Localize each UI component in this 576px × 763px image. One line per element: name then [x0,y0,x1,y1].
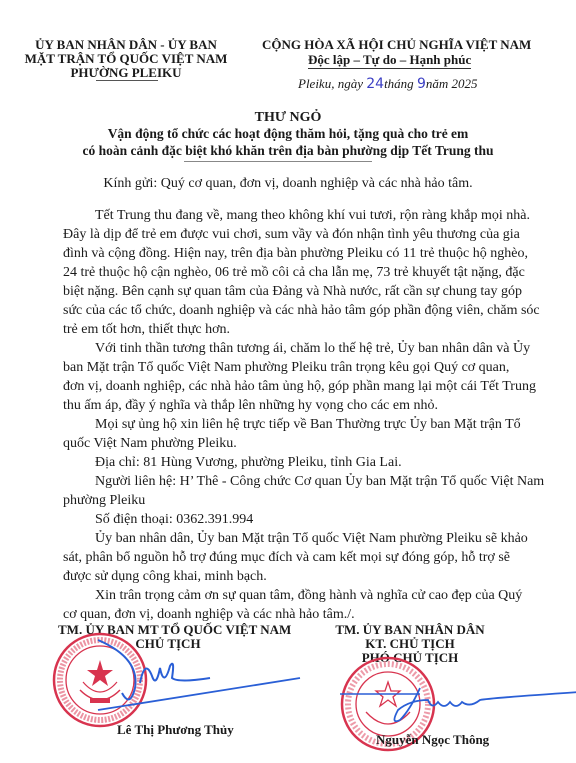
subtitle-underline [184,161,372,162]
right-signer-name: Nguyễn Ngọc Thông [376,732,489,748]
body-line: biệt nặng. Bên cạnh sự quan tâm của Đảng… [63,282,490,301]
body-line: sát, phân bổ nguồn hỗ trợ đúng mục đích … [63,548,490,567]
date-month-label: tháng [384,76,417,91]
salutation: Kính gửi: Quý cơ quan, đơn vị, doanh ngh… [0,176,576,192]
date-month: 9 [417,76,426,92]
body-line: Xin trân trọng cảm ơn sự quan tâm, đồng … [95,586,490,605]
document-subtitle-1: Vận động tổ chức các hoạt động thăm hỏi,… [0,126,576,142]
left-signature-icon [60,638,300,718]
body-line: phường Pleiku [63,491,490,510]
date-prefix: Pleiku, ngày [298,76,366,91]
national-motto: Độc lập – Tự do – Hạnh phúc [308,53,471,67]
date-day: 24 [366,76,384,92]
body-line: Địa chỉ: 81 Hùng Vương, phường Pleiku, t… [95,453,490,472]
left-signer-name: Lê Thị Phương Thủy [117,722,234,738]
right-signature-org: TM. ỦY BAN NHÂN DÂN [330,623,490,637]
right-signature-position-1: KT. CHỦ TỊCH [330,637,490,651]
body-line: Mọi sự ủng hộ xin liên hệ trực tiếp về B… [95,415,490,434]
body-line: được sử dụng công khai, minh bạch. [63,567,490,586]
body-line: sức của các tổ chức, doanh nghiệp và các… [63,301,490,320]
body-line: thu ấm áp, đầy ý nghĩa và thắp lên những… [63,396,490,415]
national-title: CỘNG HÒA XÃ HỘI CHỦ NGHĨA VIỆT NAM [262,38,531,52]
issuer-line-2: MẶT TRẬN TỔ QUỐC VIỆT NAM [20,52,232,66]
document-subtitle-2: có hoàn cảnh đặc biệt khó khăn trên địa … [0,143,576,159]
body-line: đơn vị, doanh nghiệp, các nhà hảo tâm ủn… [63,377,490,396]
body-line: quốc Việt Nam phường Pleiku. [63,434,490,453]
body-line: đình và cộng đồng. Hiện nay, trên địa bà… [63,244,490,263]
motto-text: Độc lập – Tự do – Hạnh phúc [308,52,471,69]
issuer-underline [96,80,158,81]
body-line: 24 trẻ thuộc hộ cận nghèo, 06 trẻ mồ côi… [63,263,490,282]
body-line: Số điện thoại: 0362.391.994 [95,510,490,529]
date-year: năm 2025 [426,76,478,91]
body-line: Đây là dịp để trẻ em được vui chơi, sum … [63,225,490,244]
body-line: Với tinh thần tương thân tương ái, chăm … [95,339,490,358]
issuer-line-1: ỦY BAN NHÂN DÂN - ỦY BAN [20,38,232,52]
body-line: trẻ em tốt hơn, thiết thực hơn. [63,320,490,339]
body-line: Tết Trung thu đang về, mang theo không k… [95,206,490,225]
body-line: Ủy ban nhân dân, Ủy ban Mặt trận Tổ quốc… [95,529,490,548]
body-line: Người liên hệ: H’ Thê - Công chức Cơ qua… [95,472,490,491]
issuer-block: ỦY BAN NHÂN DÂN - ỦY BAN MẶT TRẬN TỔ QUỐ… [20,38,232,80]
right-signature-icon [340,680,576,730]
issuer-line-3: PHƯỜNG PLEIKU [20,66,232,80]
document-title: THƯ NGỎ [0,110,576,126]
date-line: Pleiku, ngày 24tháng 9năm 2025 [298,76,478,92]
body-line: ban Mặt trận Tổ quốc Việt Nam phường Ple… [63,358,490,377]
